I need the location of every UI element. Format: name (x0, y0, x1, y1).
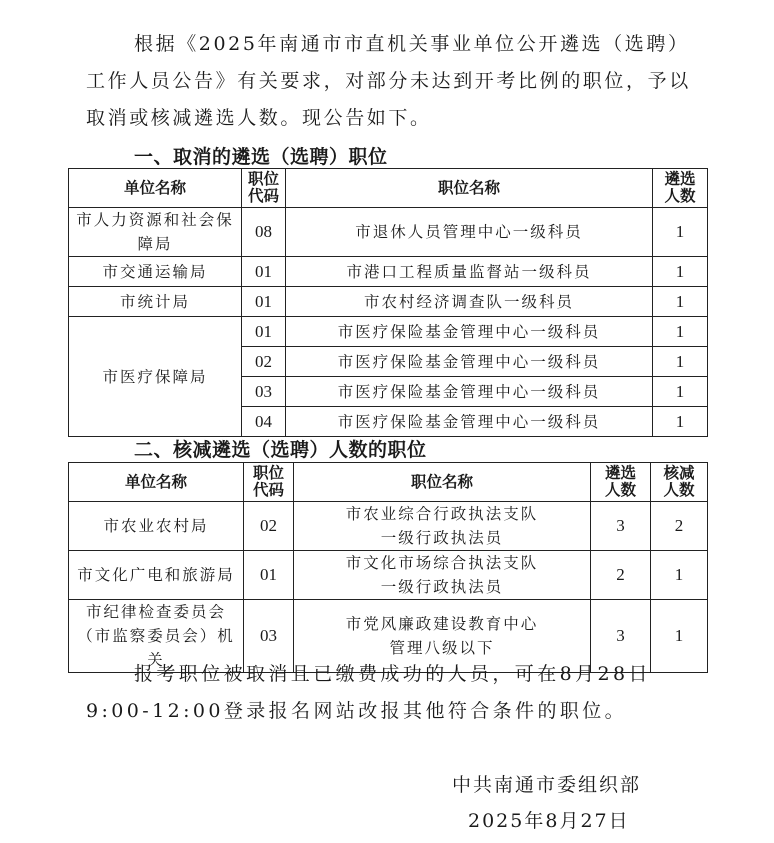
header-unit: 单位名称 (69, 169, 242, 208)
header-count: 遴选人数 (591, 463, 651, 502)
cell-unit: 市文化广电和旅游局 (69, 551, 244, 600)
cell-position: 市退休人员管理中心一级科员 (286, 208, 653, 257)
cell-count: 1 (653, 317, 708, 347)
table-header-row: 单位名称 职位代码 职位名称 遴选人数 (69, 169, 708, 208)
closing-paragraph: 报考职位被取消且已缴费成功的人员，可在8月28日9:00-12:00登录报名网站… (86, 656, 696, 730)
cell-count: 1 (653, 287, 708, 317)
cell-unit: 市统计局 (69, 287, 242, 317)
cell-count: 1 (653, 257, 708, 287)
cell-reduce: 2 (651, 502, 708, 551)
cell-position: 市港口工程质量监督站一级科员 (286, 257, 653, 287)
cell-position: 市农村经济调查队一级科员 (286, 287, 653, 317)
header-code: 职位代码 (242, 169, 286, 208)
cell-unit: 市人力资源和社会保障局 (69, 208, 242, 257)
cell-position: 市医疗保险基金管理中心一级科员 (286, 347, 653, 377)
intro-paragraph: 根据《2025年南通市市直机关事业单位公开遴选（选聘）工作人员公告》有关要求，对… (86, 26, 696, 137)
cell-code: 04 (242, 407, 286, 437)
cell-code: 03 (242, 377, 286, 407)
signature-organization: 中共南通市委组织部 (452, 770, 641, 797)
table-row: 市文化广电和旅游局 01 市文化市场综合执法支队一级行政执法员 2 1 (69, 551, 708, 600)
header-unit: 单位名称 (69, 463, 244, 502)
cell-code: 02 (244, 502, 294, 551)
cell-count: 3 (591, 502, 651, 551)
section1-heading: 一、取消的遴选（选聘）职位 (134, 142, 388, 169)
signature-date: 2025年8月27日 (468, 806, 630, 833)
header-position: 职位名称 (286, 169, 653, 208)
cell-unit: 市农业农村局 (69, 502, 244, 551)
cell-code: 02 (242, 347, 286, 377)
header-reduce: 核减人数 (651, 463, 708, 502)
cell-count: 1 (653, 208, 708, 257)
cell-reduce: 1 (651, 551, 708, 600)
cell-count: 2 (591, 551, 651, 600)
table-row: 市医疗保障局 01 市医疗保险基金管理中心一级科员 1 (69, 317, 708, 347)
cell-count: 1 (653, 377, 708, 407)
table-header-row: 单位名称 职位代码 职位名称 遴选人数 核减人数 (69, 463, 708, 502)
cell-position: 市医疗保险基金管理中心一级科员 (286, 317, 653, 347)
table-row: 市农业农村局 02 市农业综合行政执法支队一级行政执法员 3 2 (69, 502, 708, 551)
cell-code: 01 (244, 551, 294, 600)
cell-count: 1 (653, 407, 708, 437)
table-row: 市统计局 01 市农村经济调查队一级科员 1 (69, 287, 708, 317)
cell-position: 市文化市场综合执法支队一级行政执法员 (294, 551, 591, 600)
cell-position: 市医疗保险基金管理中心一级科员 (286, 377, 653, 407)
table-row: 市交通运输局 01 市港口工程质量监督站一级科员 1 (69, 257, 708, 287)
cell-code: 01 (242, 317, 286, 347)
header-code: 职位代码 (244, 463, 294, 502)
cell-code: 01 (242, 257, 286, 287)
cell-code: 08 (242, 208, 286, 257)
cell-position: 市农业综合行政执法支队一级行政执法员 (294, 502, 591, 551)
cell-unit-merged: 市医疗保障局 (69, 317, 242, 437)
cell-code: 01 (242, 287, 286, 317)
section2-heading: 二、核减遴选（选聘）人数的职位 (134, 435, 427, 462)
cell-count: 1 (653, 347, 708, 377)
header-position: 职位名称 (294, 463, 591, 502)
cell-unit: 市交通运输局 (69, 257, 242, 287)
reduced-positions-table: 单位名称 职位代码 职位名称 遴选人数 核减人数 市农业农村局 02 市农业综合… (68, 462, 708, 673)
header-count: 遴选人数 (653, 169, 708, 208)
cell-position: 市医疗保险基金管理中心一级科员 (286, 407, 653, 437)
cancelled-positions-table: 单位名称 职位代码 职位名称 遴选人数 市人力资源和社会保障局 08 市退休人员… (68, 168, 708, 437)
table-row: 市人力资源和社会保障局 08 市退休人员管理中心一级科员 1 (69, 208, 708, 257)
